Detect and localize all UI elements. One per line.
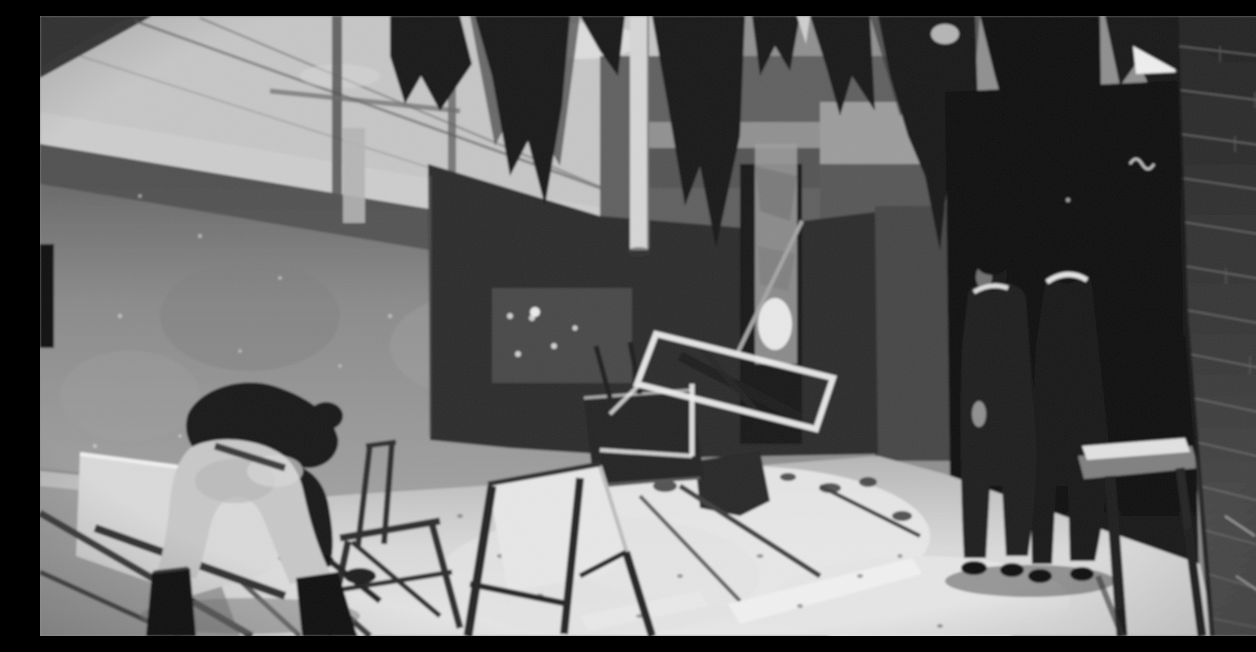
photograph bbox=[40, 16, 1256, 636]
grain-overlay bbox=[40, 16, 1256, 636]
photo-canvas bbox=[40, 16, 1256, 636]
